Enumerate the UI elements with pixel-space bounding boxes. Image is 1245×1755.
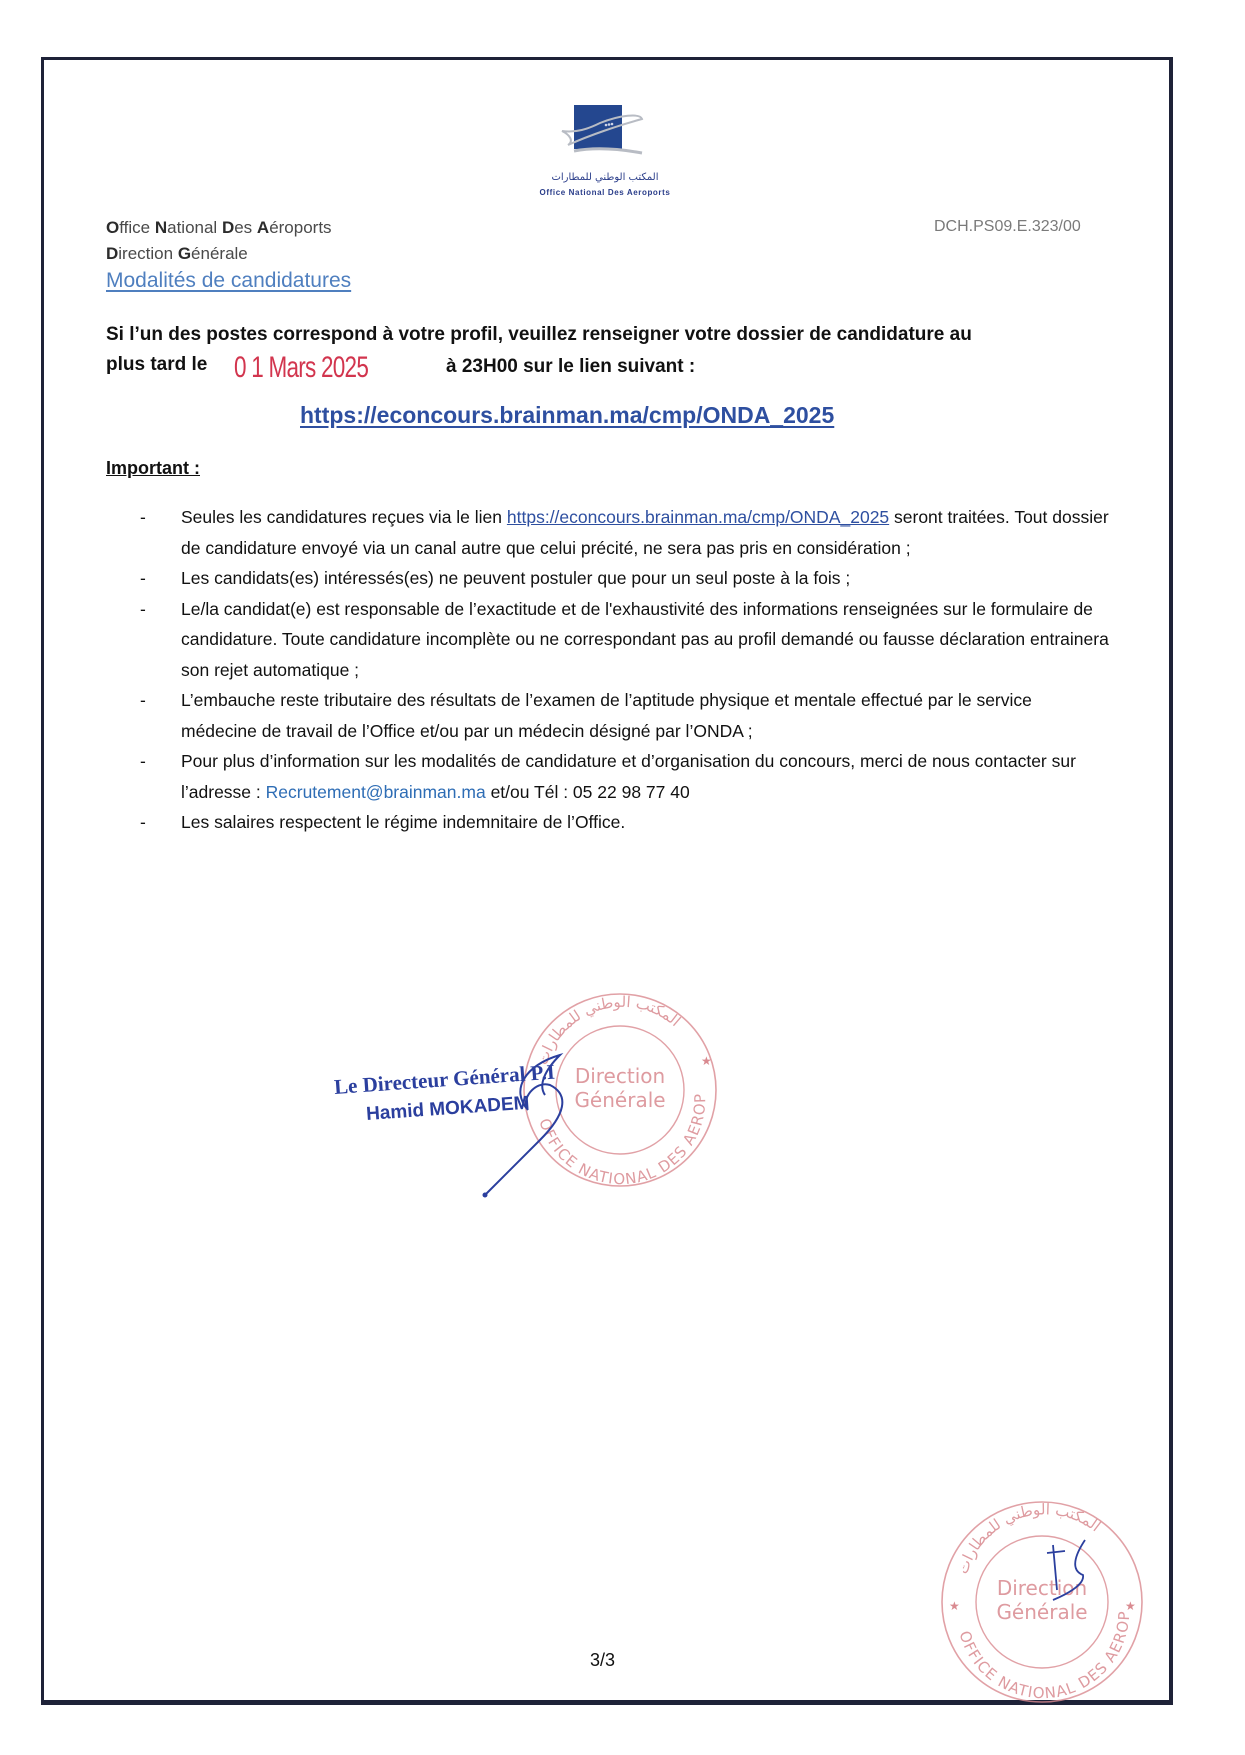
list-item: - Seules les candidatures reçues via le … bbox=[140, 502, 1110, 563]
inline-application-link[interactable]: https://econcours.brainman.ma/cmp/ONDA_2… bbox=[507, 507, 889, 527]
svg-text:★: ★ bbox=[1125, 1599, 1136, 1613]
logo-french-name: Office National Des Aeroports bbox=[520, 188, 690, 197]
svg-text:المكتب الوطني للمطارات: المكتب الوطني للمطارات bbox=[953, 1500, 1104, 1576]
bullet-dash: - bbox=[140, 807, 146, 838]
list-item: - Le/la candidat(e) est responsable de l… bbox=[140, 594, 1110, 686]
page-title: Modalités de candidatures bbox=[106, 269, 351, 293]
svg-text:★: ★ bbox=[701, 1054, 712, 1068]
application-link[interactable]: https://econcours.brainman.ma/cmp/ONDA_2… bbox=[300, 402, 834, 429]
svg-text:Générale: Générale bbox=[996, 1600, 1087, 1624]
handwritten-signature-icon bbox=[450, 1040, 600, 1200]
important-heading: Important : bbox=[106, 458, 200, 479]
list-item: - Les salaires respectent le régime inde… bbox=[140, 807, 1110, 838]
svg-text:Direction: Direction bbox=[997, 1576, 1087, 1600]
contact-email[interactable]: Recrutement@brainman.ma bbox=[266, 782, 486, 802]
bullet-dash: - bbox=[140, 594, 146, 625]
page-border-frame bbox=[41, 57, 1173, 1705]
list-item: - Les candidats(es) intéressés(es) ne pe… bbox=[140, 563, 1110, 594]
bullet-dash: - bbox=[140, 563, 146, 594]
important-list: - Seules les candidatures reçues via le … bbox=[140, 502, 1110, 838]
intro-line-1: Si l’un des postes correspond à votre pr… bbox=[106, 320, 1116, 350]
bullet-dash: - bbox=[140, 502, 146, 533]
document-reference: DCH.PS09.E.323/00 bbox=[934, 218, 1081, 236]
logo-arabic-name: المكتب الوطني للمطارات bbox=[520, 172, 690, 183]
intro-prefix: plus tard le bbox=[106, 354, 207, 375]
intro-line-2: plus tard le 0 1 Mars 2025 à 23H00 sur l… bbox=[106, 350, 1116, 390]
list-item: - L’embauche reste tributaire des résult… bbox=[140, 685, 1110, 746]
onda-logo: المكتب الوطني للمطارات Office National D… bbox=[520, 100, 690, 206]
list-item: - Pour plus d’information sur les modali… bbox=[140, 746, 1110, 807]
bullet-dash: - bbox=[140, 746, 146, 777]
official-stamp-icon: المكتب الوطني للمطارات OFFICE NATIONAL D… bbox=[935, 1495, 1150, 1710]
deadline-date-stamp: 0 1 Mars 2025 bbox=[234, 350, 368, 386]
intro-paragraph: Si l’un des postes correspond à votre pr… bbox=[106, 320, 1116, 390]
bullet-dash: - bbox=[140, 685, 146, 716]
svg-text:★: ★ bbox=[949, 1599, 960, 1613]
airplane-logo-icon bbox=[560, 105, 644, 168]
page-number: 3/3 bbox=[590, 1650, 615, 1671]
intro-suffix: à 23H00 sur le lien suivant : bbox=[446, 352, 695, 382]
direction-name: Direction Générale bbox=[106, 244, 248, 264]
organization-name: Office National Des Aéroports bbox=[106, 218, 332, 238]
